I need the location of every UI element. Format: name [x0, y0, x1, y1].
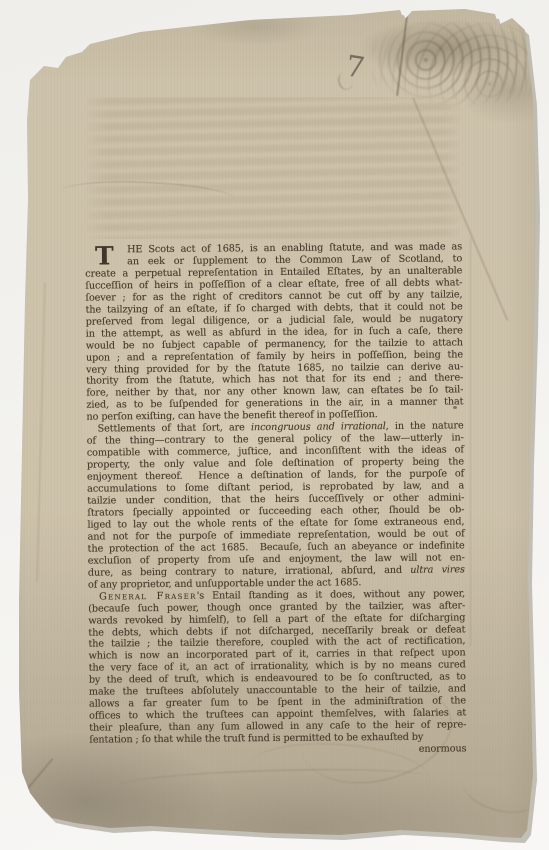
fold-line	[36, 282, 45, 582]
text-block: THE Scots act of 1685, is an enabling ſt…	[85, 241, 466, 758]
show-through-text	[85, 97, 462, 239]
pamphlet-page: 7 THE Scots act of 1685, is an enabling …	[0, 0, 549, 850]
italic-segment: incongruous and irrational	[251, 421, 386, 433]
fold-line	[470, 238, 471, 646]
pencil-mark: 7	[344, 51, 367, 84]
text-segment: Settlements of that ſort, are	[98, 423, 251, 435]
paragraph-1: THE Scots act of 1685, is an enabling ſt…	[85, 241, 464, 424]
crease-line	[118, 766, 431, 798]
catchword: enormous	[89, 743, 466, 758]
text-line: enormous	[89, 743, 466, 758]
paragraph-3: General Fraser's Entail ſtanding as it d…	[88, 588, 466, 747]
drop-cap-letter: T	[95, 243, 114, 268]
photo-backdrop: 7 THE Scots act of 1685, is an enabling …	[0, 0, 549, 850]
crease-line	[0, 758, 53, 825]
text-segment: enormous	[419, 743, 467, 754]
text-segment: , in the nature	[386, 421, 464, 433]
paragraph-2: Settlements of that ſort, are incongruou…	[87, 421, 465, 592]
text-segment: dure, as being contrary to nature, irrat…	[88, 565, 411, 579]
italic-segment: ultra vires	[410, 564, 465, 575]
smallcaps-segment: General Fraser	[99, 590, 197, 602]
